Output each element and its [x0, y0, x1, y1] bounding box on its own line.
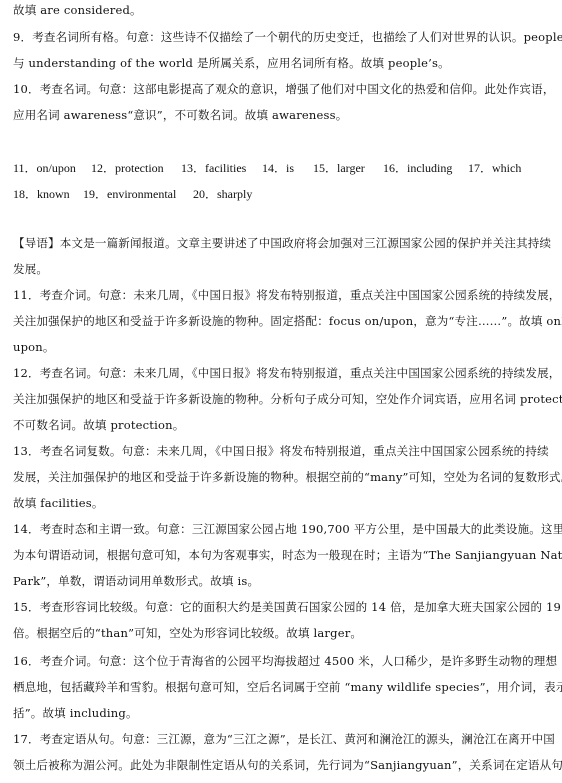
- text-line: 12．考查名词。句意：未来几周，《中国日报》将发布特别报道，重点关注中国国家公园…: [13, 365, 560, 381]
- text-line: 10．考查名词。句意：这部电影提高了观众的意识，增强了他们对中国文化的热爱和信仰…: [13, 81, 555, 97]
- answer-14: 14．is: [262, 159, 294, 176]
- answer-16: 16．including: [383, 159, 452, 176]
- text-line: 发展，关注加强保护的地区和受益于许多新设施的物种。根据空前的“many”可知，空…: [13, 469, 562, 485]
- answer-15: 15．larger: [313, 159, 365, 176]
- text-line: 故填 are considered。: [13, 2, 142, 18]
- answer-12: 12．protection: [91, 159, 164, 176]
- intro-line: 【导语】本文是一篇新闻报道。文章主要讲述了中国政府将会加强对三江源国家公园的保护…: [13, 235, 551, 251]
- text-line: 故填 facilities。: [13, 495, 104, 511]
- answer-11: 11．on/upon: [13, 159, 76, 176]
- text-line: 关注加强保护的地区和受益于许多新设施的物种。固定搭配：focus on/upon…: [13, 313, 562, 329]
- text-line: 发展。: [13, 261, 48, 277]
- answer-13: 13．facilities: [181, 159, 246, 176]
- text-line: Park”，单数，谓语动词用单数形式。故填 is。: [13, 573, 259, 589]
- answer-17: 17．which: [468, 159, 521, 176]
- answer-19: 19．environmental: [83, 185, 176, 202]
- text-line: 9．考查名词所有格。句意：这些诗不仅描绘了一个朝代的历史变迁，也描绘了人们对世界…: [13, 29, 562, 45]
- text-line: 领土后被称为湄公河。此处为非限制性定语从句的关系词，先行词为“Sanjiangy…: [13, 757, 562, 773]
- text-line: 与 understanding of the world 是所属关系，应用名词所…: [13, 55, 450, 71]
- text-line: 17．考查定语从句。句意：三江源，意为“三江之源”，是长江、黄河和澜沧江的源头，…: [13, 731, 555, 747]
- text-line: 应用名词 awareness“意识”，不可数名词。故填 awareness。: [13, 107, 347, 123]
- text-line: upon。: [13, 339, 55, 355]
- text-line: 为本句谓语动词，根据句意可知，本句为客观事实，时态为一般现在时；主语为“The …: [13, 547, 562, 563]
- text-line: 括”。故填 including。: [13, 705, 138, 721]
- text-line: 不可数名词。故填 protection。: [13, 417, 184, 433]
- answer-18: 18．known: [13, 185, 70, 202]
- answer-20: 20．sharply: [193, 185, 252, 202]
- text-line: 15．考查形容词比较级。句意：它的面积大约是美国黄石国家公园的 14 倍，是加拿…: [13, 599, 561, 615]
- text-line: 栖息地，包括藏羚羊和雪豹。根据句意可知，空后名词属于空前 “many wildl…: [13, 679, 562, 695]
- text-line: 16．考查介词。句意：这个位于青海省的公园平均海拔超过 4500 米，人口稀少，…: [13, 653, 557, 669]
- text-line: 11．考查介词。句意：未来几周，《中国日报》将发布特别报道，重点关注中国国家公园…: [13, 287, 560, 303]
- text-line: 13．考查名词复数。句意：未来几周，《中国日报》将发布特别报道，重点关注中国国家…: [13, 443, 549, 459]
- text-line: 14．考查时态和主谓一致。句意：三江源国家公园占地 190,700 平方公里，是…: [13, 521, 562, 537]
- text-line: 关注加强保护的地区和受益于许多新设施的物种。分析句子成分可知，空处作介词宾语，应…: [13, 391, 562, 407]
- text-line: 倍。根据空后的“than”可知，空处为形容词比较级。故填 larger。: [13, 625, 362, 641]
